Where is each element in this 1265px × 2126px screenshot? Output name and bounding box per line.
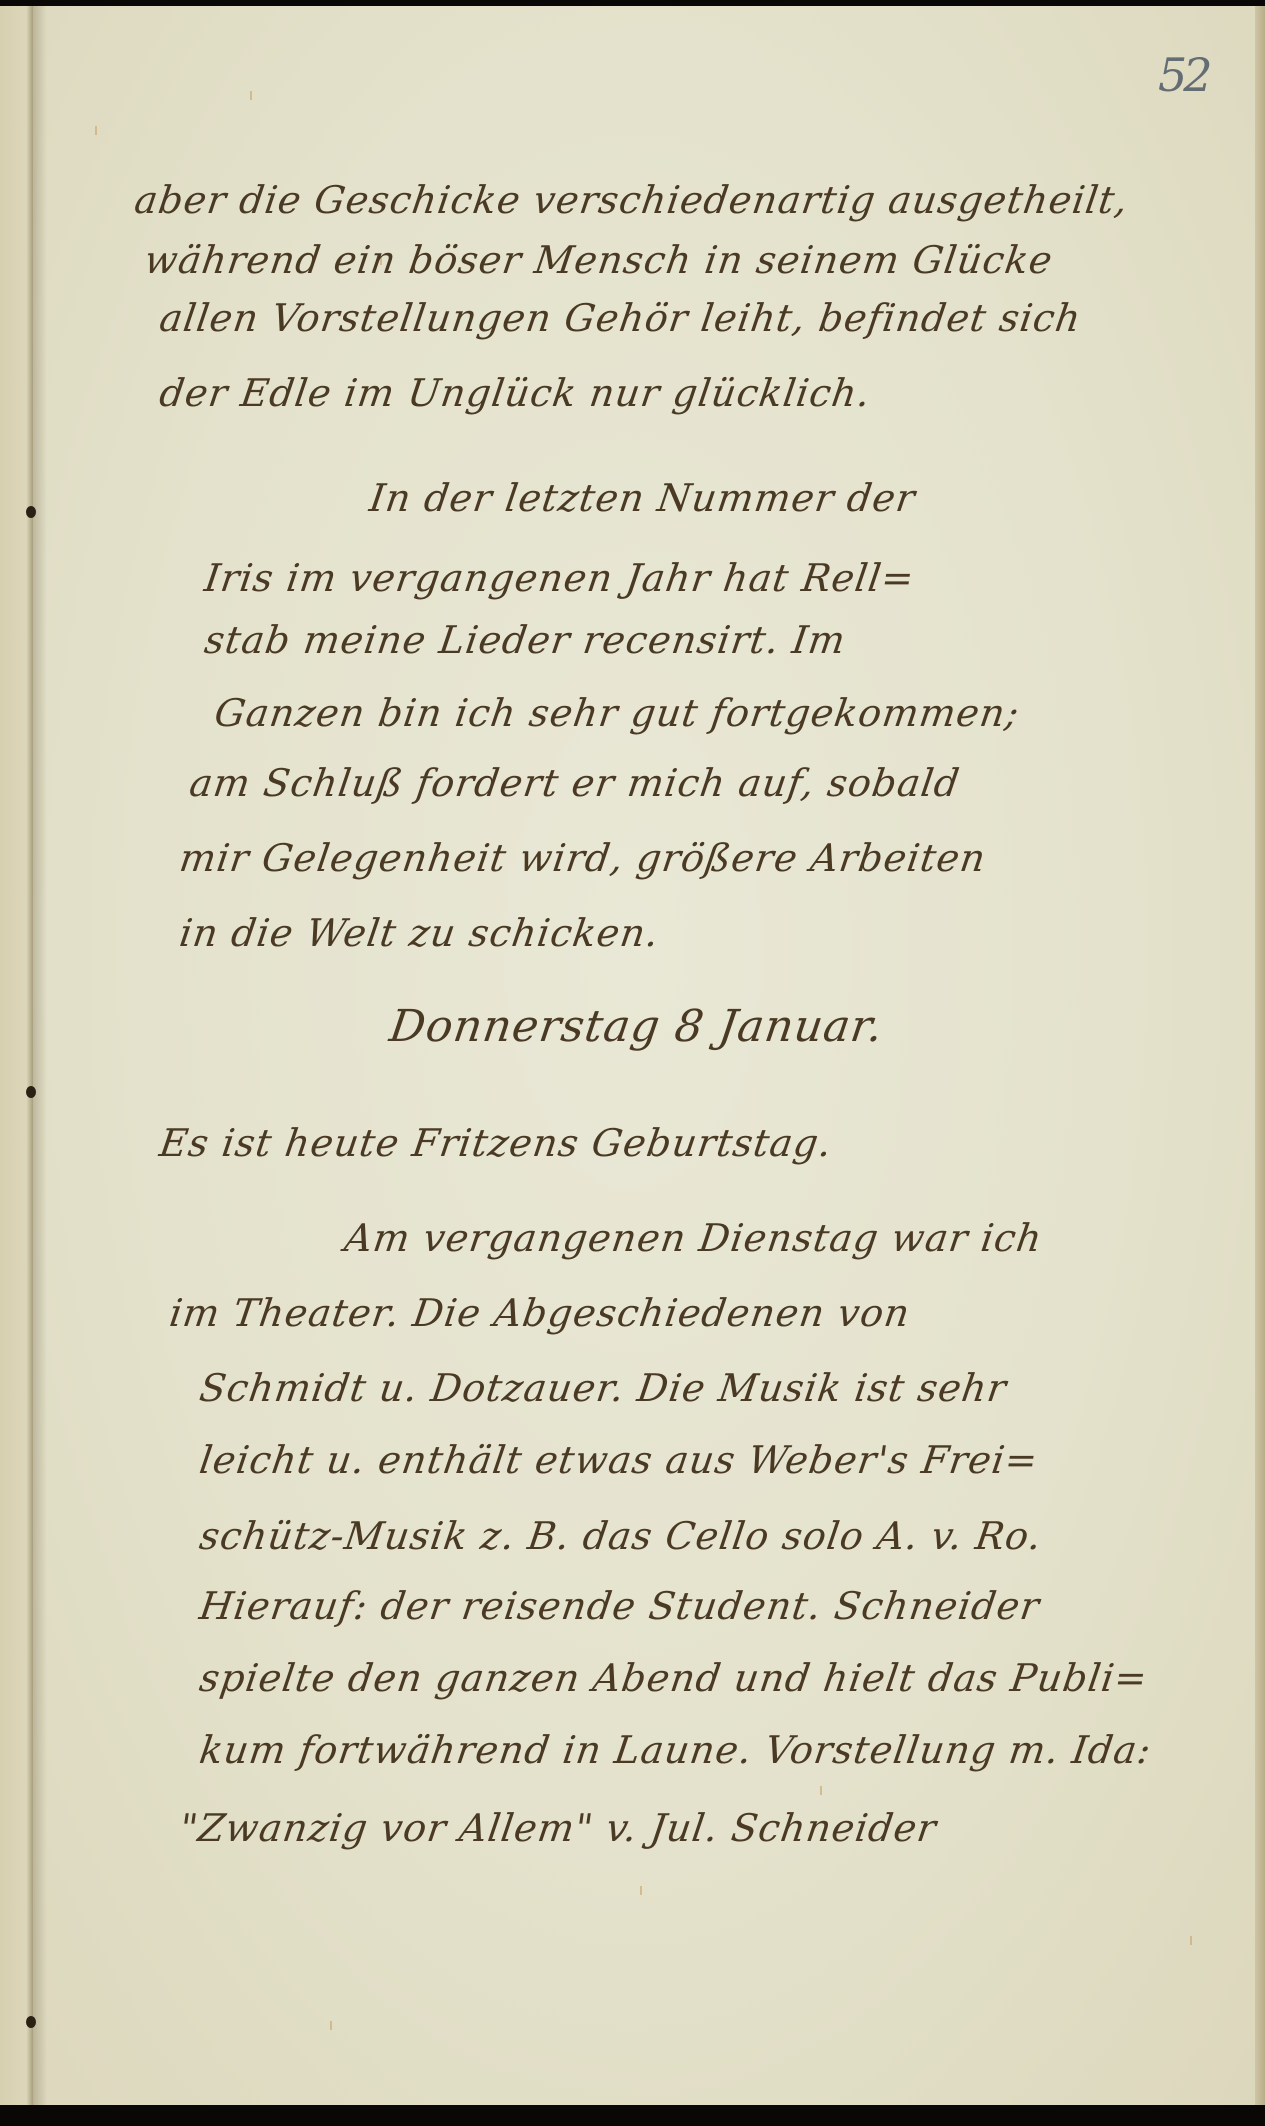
page-number: 52 [1158, 48, 1228, 108]
text-line: leicht u. enthält etwas aus Weber's Frei… [197, 1438, 1041, 1482]
manuscript-page: 52 aber die Geschicke verschiedenartig a… [0, 6, 1265, 2105]
date-heading: Donnerstag 8 Januar. [386, 1001, 886, 1052]
text-line: im Theater. Die Abgeschiedenen von [167, 1291, 913, 1335]
text-line: in die Welt zu schicken. [177, 911, 662, 955]
text-line: am Schluß fordert er mich auf, sobald [187, 761, 963, 805]
binding-hole [26, 506, 36, 518]
text-line: kum fortwährend in Laune. Vorstellung m.… [197, 1728, 1154, 1772]
text-line: Es ist heute Fritzens Geburtstag. [157, 1121, 835, 1165]
text-line: Ganzen bin ich sehr gut fortgekommen; [212, 691, 1023, 735]
text-line: Iris im vergangenen Jahr hat Rell= [202, 556, 918, 600]
gutter-shadow [33, 6, 47, 2105]
text-line: spielte den ganzen Abend und hielt das P… [197, 1656, 1151, 1700]
text-line: Am vergangenen Dienstag war ich [342, 1216, 1045, 1260]
text-line: schütz-Musik z. B. das Cello solo A. v. … [197, 1514, 1045, 1558]
binding-hole [26, 1086, 36, 1098]
page-edge [1255, 6, 1265, 2105]
text-line: während ein böser Mensch in seinem Glück… [142, 238, 1056, 282]
text-line: Hierauf: der reisende Student. Schneider [197, 1584, 1043, 1628]
text-line: Schmidt u. Dotzauer. Die Musik ist sehr [197, 1366, 1010, 1410]
binding-hole [26, 2016, 36, 2028]
text-line: mir Gelegenheit wird, größere Arbeiten [177, 836, 989, 880]
text-line: aber die Geschicke verschiedenartig ausg… [132, 178, 1131, 222]
text-line: der Edle im Unglück nur glücklich. [157, 371, 874, 415]
text-line: In der letzten Nummer der [367, 476, 919, 520]
binding-gutter [0, 6, 33, 2105]
text-line: stab meine Lieder recensirt. Im [202, 618, 849, 662]
text-line: allen Vorstellungen Gehör leiht, befinde… [157, 296, 1084, 340]
text-line: "Zwanzig vor Allem" v. Jul. Schneider [177, 1806, 940, 1850]
